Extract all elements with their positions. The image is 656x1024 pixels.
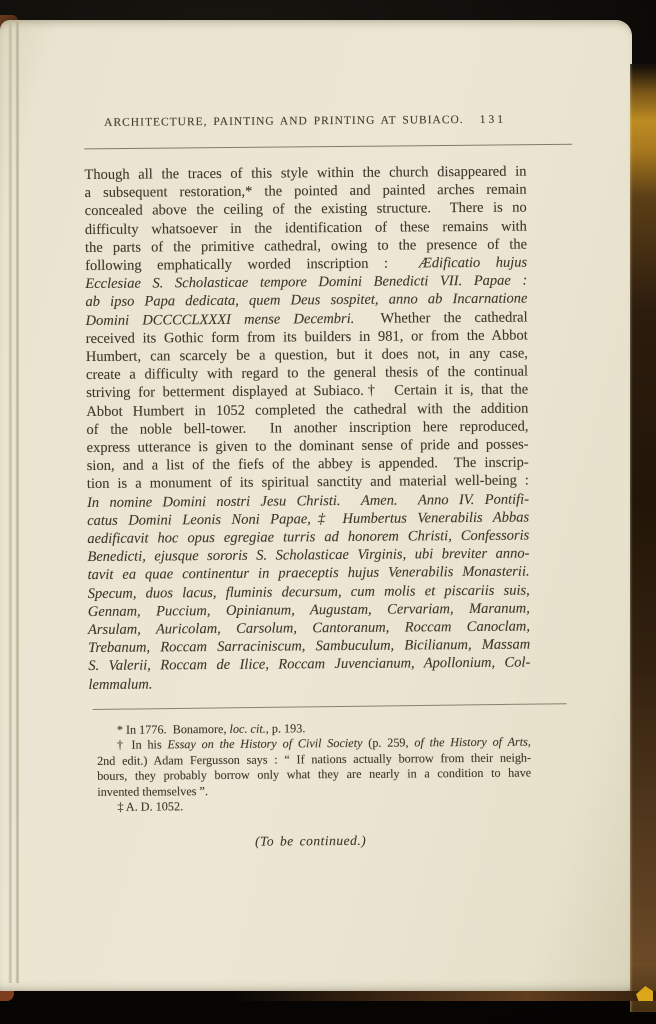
header-title: ARCHITECTURE, PAINTING AND PRINTING AT S…: [104, 114, 464, 129]
page-gutter-crease: [8, 22, 22, 983]
cover-bottom-edge: [230, 991, 656, 1001]
page-number: 131: [480, 114, 506, 126]
header-rule: [84, 144, 572, 150]
body-line: S. Valerii, Roccam de Ilice, Roccam Juve…: [88, 654, 530, 676]
body-line: lemmalum.: [88, 672, 530, 694]
photo-background: ARCHITECTURE, PAINTING AND PRINTING AT S…: [0, 0, 656, 1024]
running-header: ARCHITECTURE, PAINTING AND PRINTING AT S…: [84, 114, 526, 129]
footnote-line: ‡ A. D. 1052.: [97, 797, 531, 816]
page-stack-edges: [606, 20, 632, 991]
book-page: ARCHITECTURE, PAINTING AND PRINTING AT S…: [0, 20, 632, 991]
footnote-rule: [93, 703, 567, 710]
footnotes: * In 1776. Bonamore, loc. cit., p. 193.†…: [97, 720, 532, 816]
continued-notice: (To be continued.): [90, 832, 532, 851]
continued-text: (To be continued.): [255, 833, 366, 849]
body-lines: Though all the traces of this style with…: [84, 163, 530, 694]
page-content: ARCHITECTURE, PAINTING AND PRINTING AT S…: [84, 114, 532, 877]
book-cover-edge: [630, 64, 656, 1012]
